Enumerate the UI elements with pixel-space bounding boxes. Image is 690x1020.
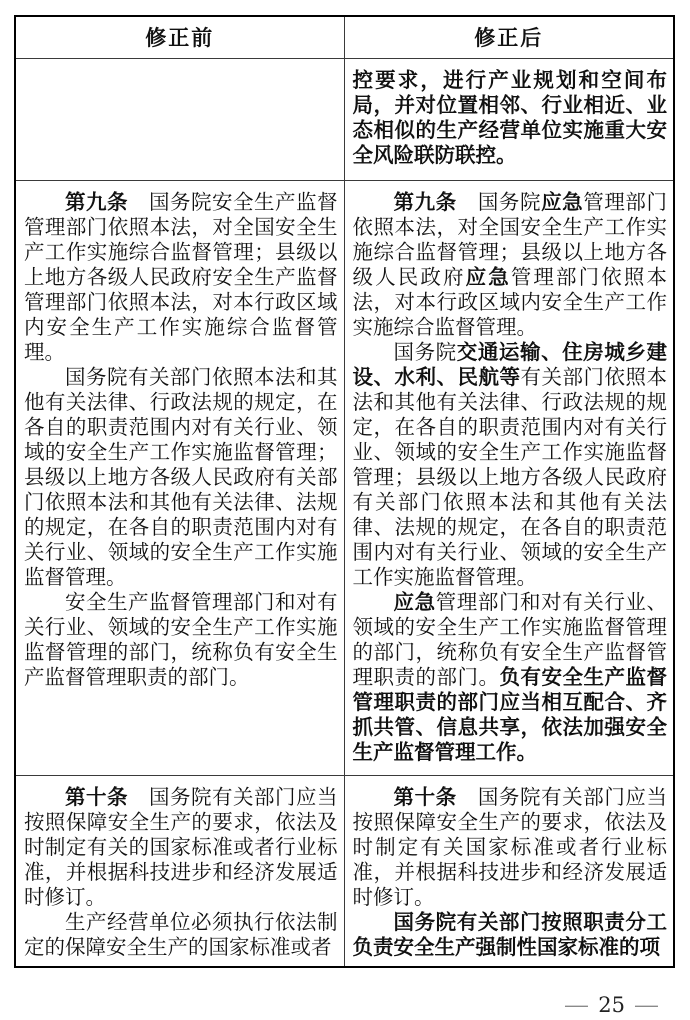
paragraph: 控要求，进行产业规划和空间布局，并对位置相邻、行业相近、业态相似的生产经营单位实… bbox=[353, 68, 668, 168]
page-footer: — 25 — bbox=[566, 993, 657, 1017]
body-text: 国务院 bbox=[394, 340, 457, 364]
paragraph: 国务院交通运输、住房城乡建设、水利、民航等有关部门依照本法和其他有关法律、行政法… bbox=[353, 340, 668, 590]
body-text: 国务院有关部门依照本法和其他有关法律、行政法规的规定，在各自的职责范围内对有关行… bbox=[24, 365, 338, 589]
paragraph: 国务院有关部门按照职责分工负责安全生产强制性国家标准的项 bbox=[353, 910, 668, 960]
body-text: 有关部门依照本法和其他有关法律、行政法规的规定，在各自的职责范围内对有关行业、领… bbox=[353, 365, 668, 589]
emphasized-text: 第九条 bbox=[65, 190, 128, 214]
paragraph: 安全生产监督管理部门和对有关行业、领域的安全生产工作实施监督管理的部门，统称负有… bbox=[24, 590, 338, 690]
cell-before-article-9: 第九条 国务院安全生产监督管理部门依照本法，对全国安全生产工作实施综合监督管理；… bbox=[15, 180, 344, 775]
emphasized-text: 第十条 bbox=[394, 785, 457, 809]
body-text: 安全生产监督管理部门和对有关行业、领域的安全生产工作实施监督管理的部门，统称负有… bbox=[24, 590, 338, 689]
table-row-continuation: 控要求，进行产业规划和空间布局，并对位置相邻、行业相近、业态相似的生产经营单位实… bbox=[15, 58, 674, 180]
emphasized-text: 国务院有关部门按照职责分工负责安全生产强制性国家标准的项 bbox=[353, 910, 668, 959]
column-header-after: 修正后 bbox=[344, 16, 674, 58]
paragraph: 应急管理部门和对有关行业、领域的安全生产工作实施监督管理的部门，统称负有安全生产… bbox=[353, 590, 668, 765]
cell-before-article-10: 第十条 国务院有关部门应当按照保障安全生产的要求，依法及时制定有关的国家标准或者… bbox=[15, 775, 344, 967]
body-text: 国务院安全生产监督管理部门依照本法，对全国安全生产工作实施综合监督管理；县级以上… bbox=[24, 190, 338, 364]
emphasized-text: 控要求，进行产业规划和空间布局，并对位置相邻、行业相近、业态相似的生产经营单位实… bbox=[353, 68, 668, 167]
footer-dash-left: — bbox=[564, 993, 589, 1017]
body-text: 国务院 bbox=[457, 190, 541, 214]
table-row-article-9: 第九条 国务院安全生产监督管理部门依照本法，对全国安全生产工作实施综合监督管理；… bbox=[15, 180, 674, 775]
amendment-comparison-table: 修正前 修正后 控要求，进行产业规划和空间布局，并对位置相邻、行业相近、业态相似… bbox=[14, 15, 675, 968]
emphasized-text: 第十条 bbox=[65, 785, 128, 809]
emphasized-text: 第九条 bbox=[394, 190, 457, 214]
emphasized-text: 应急 bbox=[541, 190, 583, 214]
paragraph: 第九条 国务院安全生产监督管理部门依照本法，对全国安全生产工作实施综合监督管理；… bbox=[24, 190, 338, 365]
paragraph: 第九条 国务院应急管理部门依照本法，对全国安全生产工作实施综合监督管理；县级以上… bbox=[353, 190, 668, 340]
cell-after-continuation: 控要求，进行产业规划和空间布局，并对位置相邻、行业相近、业态相似的生产经营单位实… bbox=[344, 58, 674, 180]
cell-after-article-9: 第九条 国务院应急管理部门依照本法，对全国安全生产工作实施综合监督管理；县级以上… bbox=[344, 180, 674, 775]
table-row-article-10: 第十条 国务院有关部门应当按照保障安全生产的要求，依法及时制定有关的国家标准或者… bbox=[15, 775, 674, 967]
footer-dash-right: — bbox=[634, 993, 659, 1017]
cell-after-article-10: 第十条 国务院有关部门应当按照保障安全生产的要求，依法及时制定有关国家标准或者行… bbox=[344, 775, 674, 967]
cell-before-continuation bbox=[15, 58, 344, 180]
column-header-before: 修正前 bbox=[15, 16, 344, 58]
emphasized-text: 应急 bbox=[466, 265, 511, 289]
paragraph: 第十条 国务院有关部门应当按照保障安全生产的要求，依法及时制定有关国家标准或者行… bbox=[353, 785, 668, 910]
table-header-row: 修正前 修正后 bbox=[15, 16, 674, 58]
page-number: 25 bbox=[598, 993, 625, 1017]
emphasized-text: 应急 bbox=[394, 590, 436, 614]
paragraph: 第十条 国务院有关部门应当按照保障安全生产的要求，依法及时制定有关的国家标准或者… bbox=[24, 785, 338, 910]
paragraph: 国务院有关部门依照本法和其他有关法律、行政法规的规定，在各自的职责范围内对有关行… bbox=[24, 365, 338, 590]
paragraph: 生产经营单位必须执行依法制定的保障安全生产的国家标准或者 bbox=[24, 910, 338, 960]
body-text: 生产经营单位必须执行依法制定的保障安全生产的国家标准或者 bbox=[24, 910, 338, 959]
